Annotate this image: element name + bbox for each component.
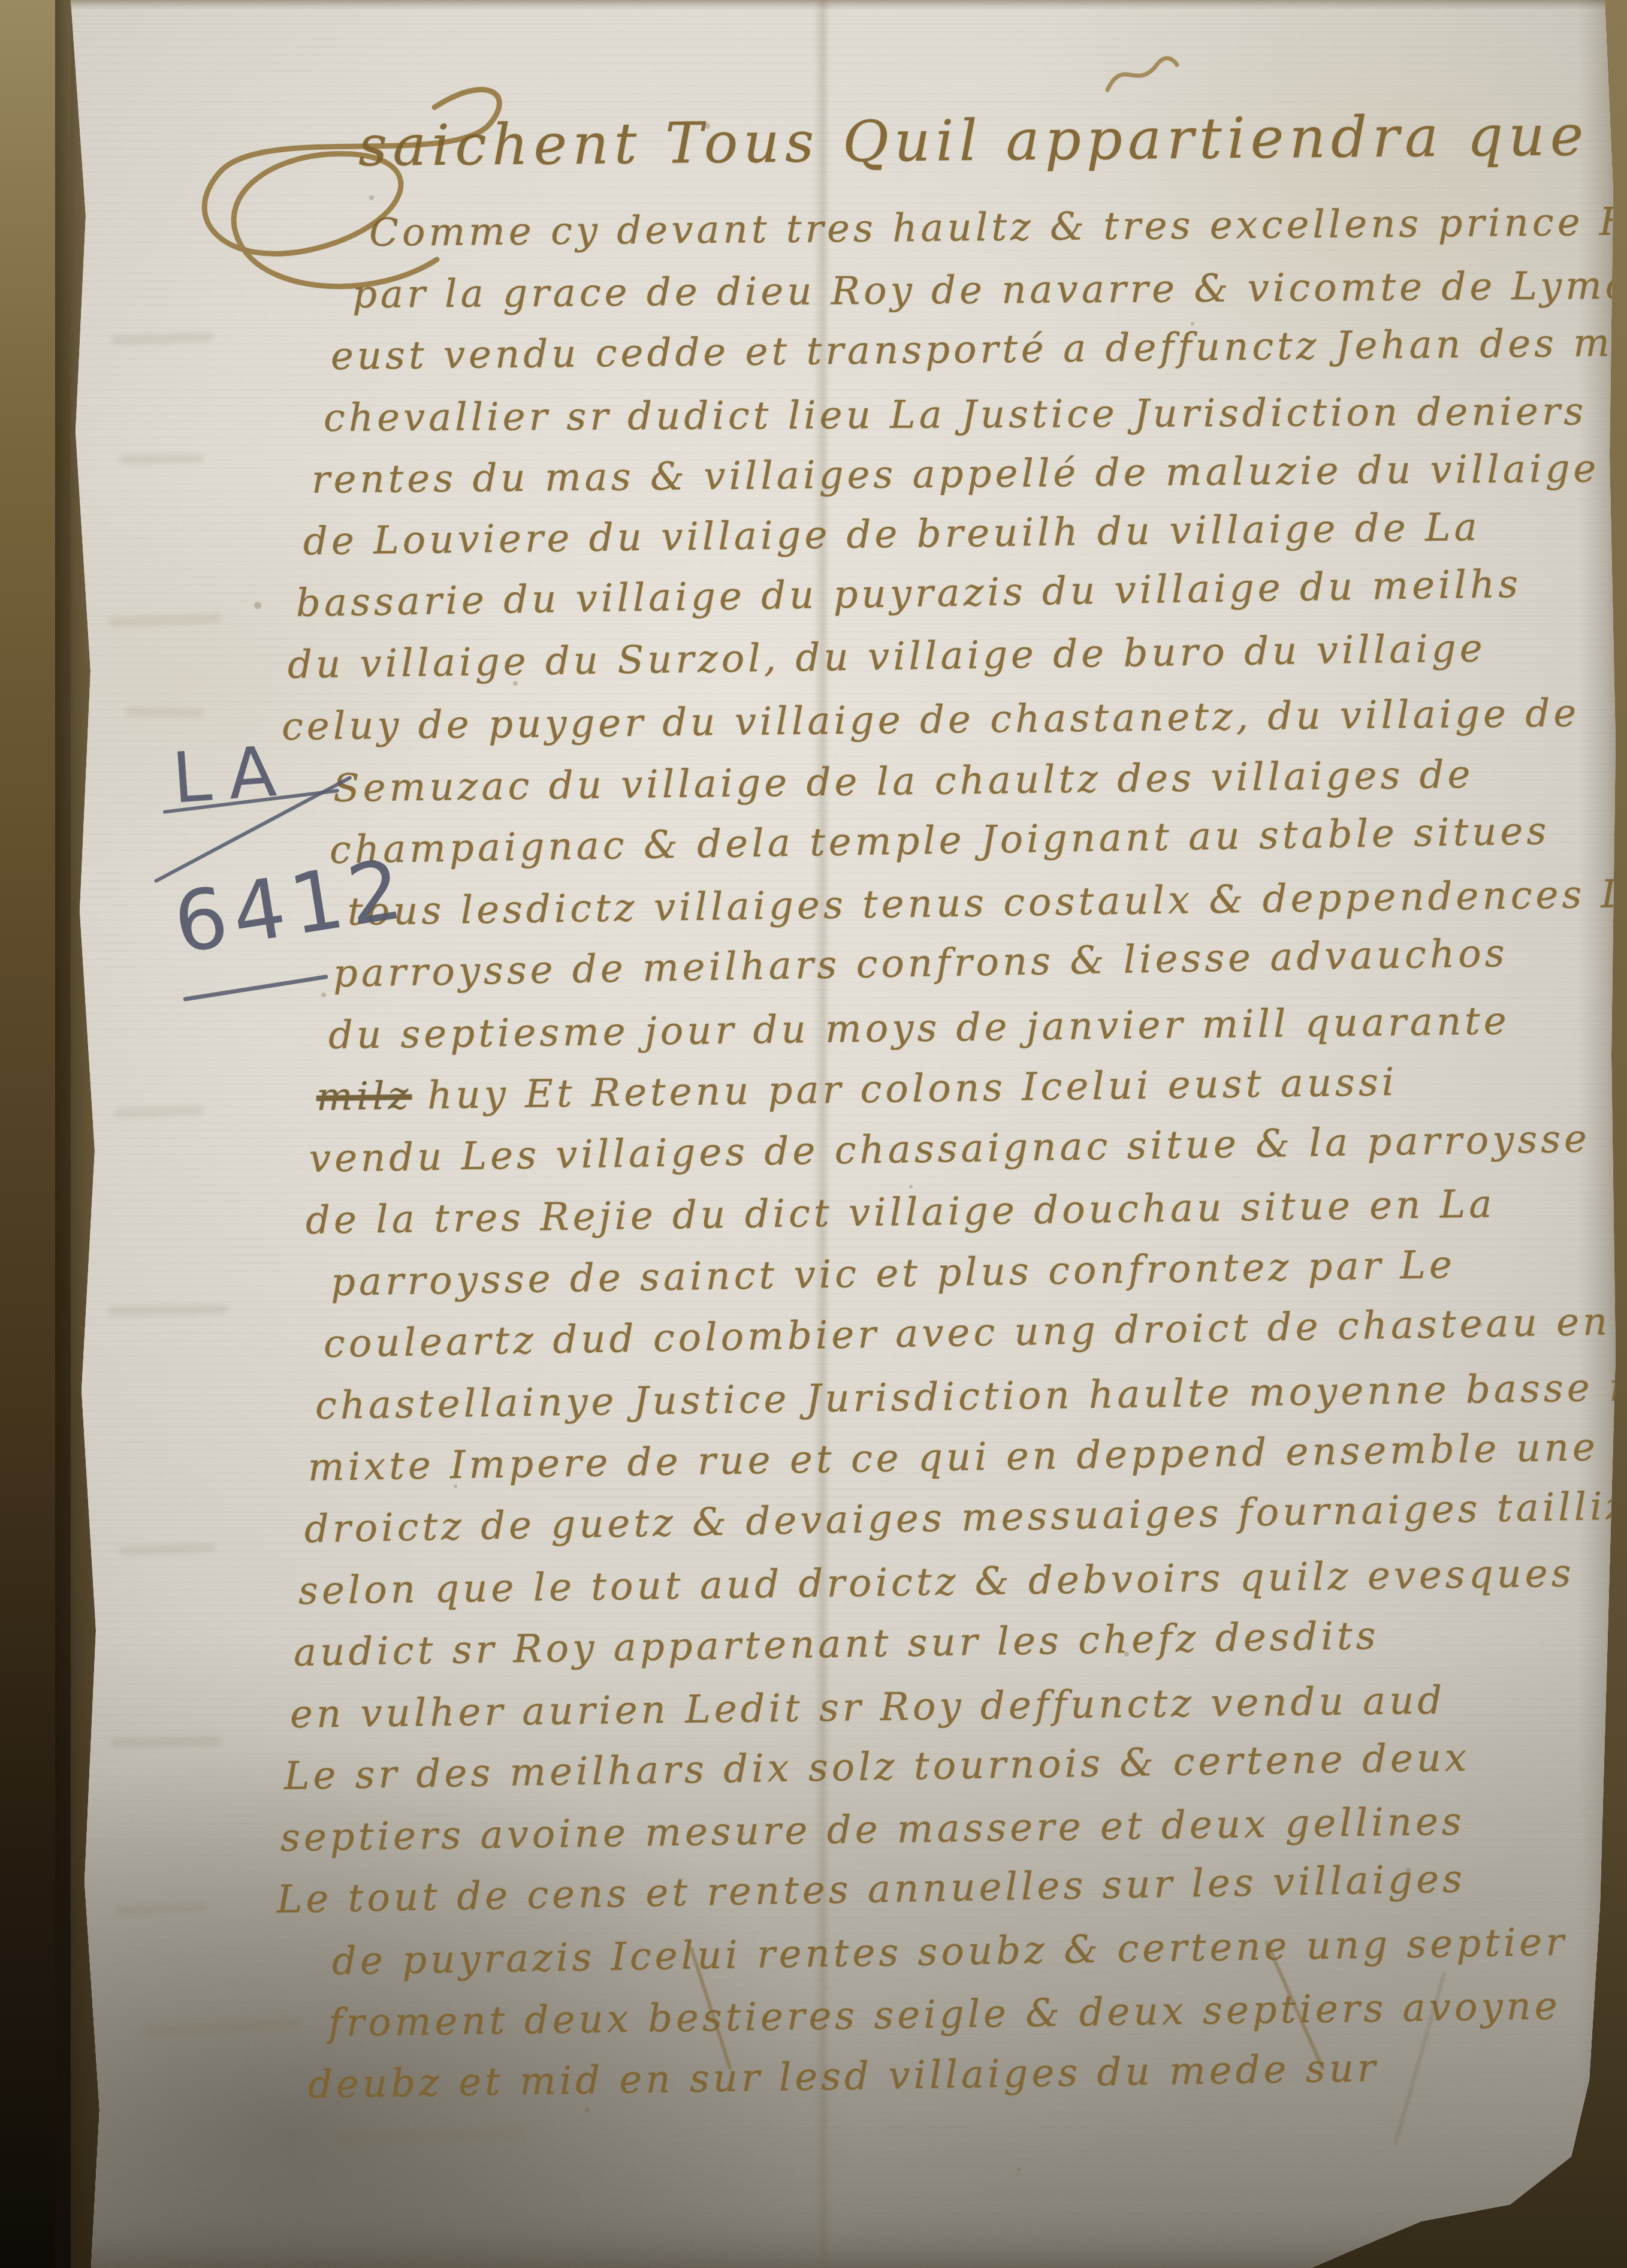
manuscript-page: saichent Tous Quil appartiendra que — Co… xyxy=(0,0,1627,2268)
flourish-mark xyxy=(1103,53,1187,101)
manuscript-line: du septiesme jour du moys de janvier mil… xyxy=(328,999,1511,1058)
bleed-through-mark xyxy=(336,2127,527,2145)
manuscript-line: droictz de guetz & devaiges messuaiges f… xyxy=(304,1483,1627,1552)
manuscript-line: froment deux bestieres seigle & deux sep… xyxy=(328,1984,1561,2046)
manuscript-line: par la grace de dieu Roy de navarre & vi… xyxy=(352,263,1627,317)
manuscript-line: milzhuy Et Retenu par colons Icelui eust… xyxy=(316,1060,1397,1120)
manuscript-line: vendu Les villaiges de chassaignac situe… xyxy=(309,1117,1590,1181)
bleed-through-mark xyxy=(120,454,204,464)
photo-of-manuscript: saichent Tous Quil appartiendra que — Co… xyxy=(0,0,1627,2268)
manuscript-line: de la tres Rejie du dict villaige doucha… xyxy=(305,1182,1495,1243)
manuscript-heading: saichent Tous Quil appartiendra que — xyxy=(358,102,1627,179)
manuscript-line: selon que le tout aud droictz & debvoirs… xyxy=(298,1551,1575,1613)
bleed-through-mark xyxy=(108,1305,228,1316)
manuscript-line: tous lesdictz villaiges tenus costaulx &… xyxy=(347,872,1627,934)
bleed-through-mark xyxy=(108,613,222,627)
manuscript-line: Le tout de cens et rentes annuelles sur … xyxy=(276,1857,1466,1922)
bleed-through-mark xyxy=(114,1106,204,1118)
bleed-through-mark xyxy=(111,1736,222,1748)
manuscript-line: Semuzac du villaige de la chaultz des vi… xyxy=(333,753,1474,811)
bleed-through-mark xyxy=(126,707,204,717)
manuscript-line: mixte Impere de rue et ce qui en deppend… xyxy=(307,1425,1599,1490)
bleed-through-mark xyxy=(117,1903,207,1915)
bleed-through-mark xyxy=(120,1543,216,1555)
bleed-through-mark xyxy=(111,332,213,345)
manuscript-line: de puyrazis Icelui rentes soubz & certen… xyxy=(331,1920,1568,1984)
manuscript-line: audict sr Roy appartenant sur les chefz … xyxy=(293,1614,1380,1675)
bleed-through-mark xyxy=(144,2017,300,2037)
struck-out-word: milz xyxy=(316,1074,412,1120)
manuscript-line: bassarie du villaige du puyrazis du vill… xyxy=(295,562,1522,626)
manuscript-line: chastellainye Justice Jurisdiction hault… xyxy=(315,1364,1627,1428)
manuscript-line: couleartz dud colombier avec ung droict … xyxy=(323,1300,1611,1367)
manuscript-line: chevallier sr dudict lieu La Justice Jur… xyxy=(324,390,1587,441)
manuscript-line: rentes du mas & villaiges appellé de mal… xyxy=(312,447,1600,502)
manuscript-line: parroysse de meilhars confrons & liesse … xyxy=(333,931,1508,996)
manuscript-line: Comme cy devant tres haultz & tres excel… xyxy=(369,198,1627,255)
manuscript-line: eust vendu cedde et transporté a deffunc… xyxy=(331,319,1627,379)
manuscript-line: champaignac & dela temple Joignant au st… xyxy=(329,809,1550,873)
manuscript-line: de Louviere du villaige de breuilh du vi… xyxy=(303,505,1481,564)
manuscript-line-text: huy Et Retenu par colons Icelui eust aus… xyxy=(427,1060,1398,1118)
manuscript-line: septiers avoine mesure de massere et deu… xyxy=(280,1799,1465,1860)
manuscript-line: en vulher aurien Ledit sr Roy deffunctz … xyxy=(290,1678,1446,1737)
manuscript-line: Le sr des meilhars dix solz tournois & c… xyxy=(283,1736,1470,1799)
manuscript-line: deubz et mid en sur lesd villaiges du me… xyxy=(307,2046,1380,2107)
manuscript-line: celuy de puyger du villaige de chastanet… xyxy=(282,691,1580,749)
margin-shelfmark-letters: LA xyxy=(170,730,294,819)
manuscript-line: parroysse de sainct vic et plus confront… xyxy=(330,1243,1456,1305)
shelfmark-underline-bottom xyxy=(183,975,328,1002)
manuscript-line: du villaige du Surzol, du villaige de bu… xyxy=(287,626,1486,687)
